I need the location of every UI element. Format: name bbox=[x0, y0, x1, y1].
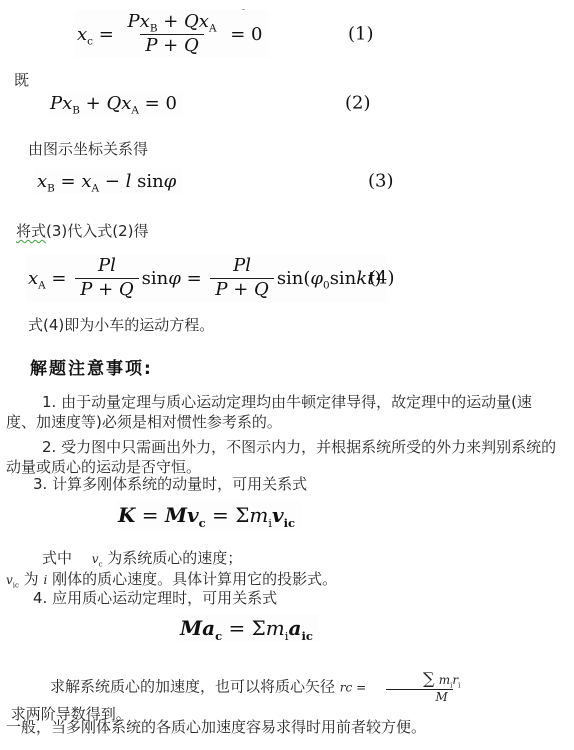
text-substitution-intro: 将式(3)代入式(2)得 bbox=[16, 221, 149, 241]
spellcheck-squiggle-text: 将式 bbox=[16, 222, 46, 240]
equation-3-math: xB = xA − l sinφ bbox=[35, 169, 182, 194]
equation-1-math: xc = PxB + QxAP + Q = 0 bbox=[75, 10, 268, 58]
document-page: xc = PxB + QxAP + Q = 0 (1) 既 PxB + QxA … bbox=[0, 0, 574, 750]
text-coords-intro: 由图示坐标关系得 bbox=[28, 139, 148, 159]
paragraph-velocity-definition: 式中 vc 为系统质心的速度；vic 为 i 刚体的质心速度。具体计算用它的投影… bbox=[6, 548, 558, 590]
note-3: 3. 计算多刚体系统的动量时，可用关系式 bbox=[6, 474, 558, 494]
equation-4-number: (4) bbox=[369, 268, 395, 289]
equation-mass-center-math: Mac = Σmiaic bbox=[178, 614, 319, 642]
paragraph-conclusion: 一般，当多刚体系统的各质心加速度容易求得时用前者较方便。 bbox=[6, 717, 558, 737]
substitution-intro-rest: (3)代入式(2)得 bbox=[46, 222, 149, 240]
equation-4-math: xA = PlP + Qsinφ = PlP + Qsin(φ0sinkt) bbox=[26, 254, 387, 302]
equation-momentum: K = Mvc = Σmivic bbox=[0, 496, 574, 534]
equation-3: xB = xA − l sinφ (3) bbox=[0, 163, 574, 199]
text-ji: 既 bbox=[14, 70, 29, 90]
section-heading: 解题注意事项: bbox=[30, 354, 153, 379]
equation-mass-center: Mac = Σmiaic bbox=[0, 610, 574, 646]
note-2: 2. 受力图中只需画出外力，不图示内力，并根据系统所受的外力来判别系统的动量或质… bbox=[6, 437, 558, 477]
equation-4: xA = PlP + Qsinφ = PlP + Qsin(φ0sinkt) (… bbox=[0, 250, 574, 306]
note-1: 1. 由于动量定理与质心运动定理均由牛顿定律导得，故定理中的运动量(速度、加速度… bbox=[6, 392, 558, 432]
equation-1-number: (1) bbox=[348, 24, 374, 45]
text-eq4-note: 式(4)即为小车的运动方程。 bbox=[28, 315, 214, 335]
equation-2-math: PxB + QxA = 0 bbox=[48, 91, 183, 116]
note-4: 4. 应用质心运动定理时，可用关系式 bbox=[6, 588, 558, 608]
equation-2: PxB + QxA = 0 (2) bbox=[0, 88, 574, 118]
equation-2-number: (2) bbox=[345, 93, 371, 114]
equation-1: xc = PxB + QxAP + Q = 0 (1) bbox=[0, 10, 574, 58]
equation-3-number: (3) bbox=[368, 171, 394, 192]
equation-momentum-math: K = Mvc = Σmivic bbox=[116, 501, 301, 529]
